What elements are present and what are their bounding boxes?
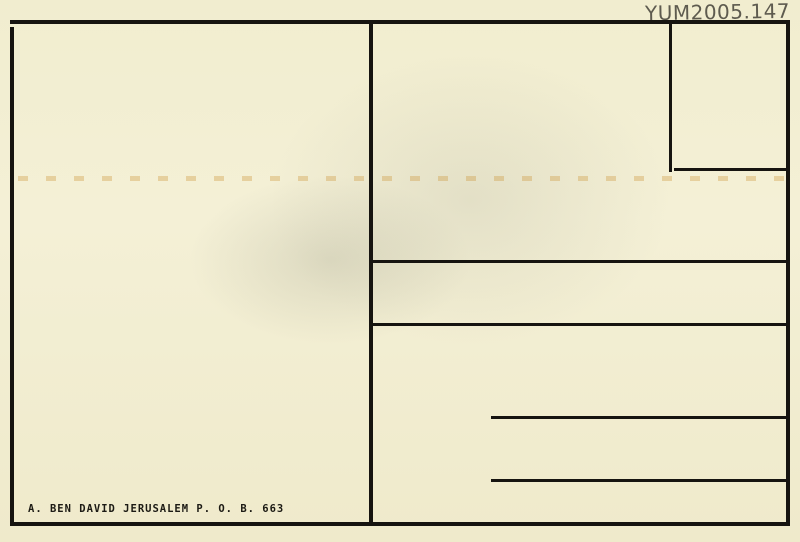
stamp-box-left	[669, 24, 672, 172]
stamp-box	[670, 22, 788, 172]
address-line-2	[373, 323, 786, 326]
postcard-back: YUM2005.147 A. BEN DAVID JERUSALEM P. O.…	[0, 0, 800, 542]
message-area	[14, 26, 370, 496]
stamp-box-bottom	[674, 168, 786, 171]
address-area	[374, 260, 786, 485]
address-line-1	[373, 260, 786, 263]
border-bottom	[10, 522, 790, 526]
publisher-imprint: A. BEN DAVID JERUSALEM P. O. B. 663	[28, 503, 284, 515]
address-line-4	[491, 479, 786, 482]
address-line-3	[491, 416, 786, 419]
